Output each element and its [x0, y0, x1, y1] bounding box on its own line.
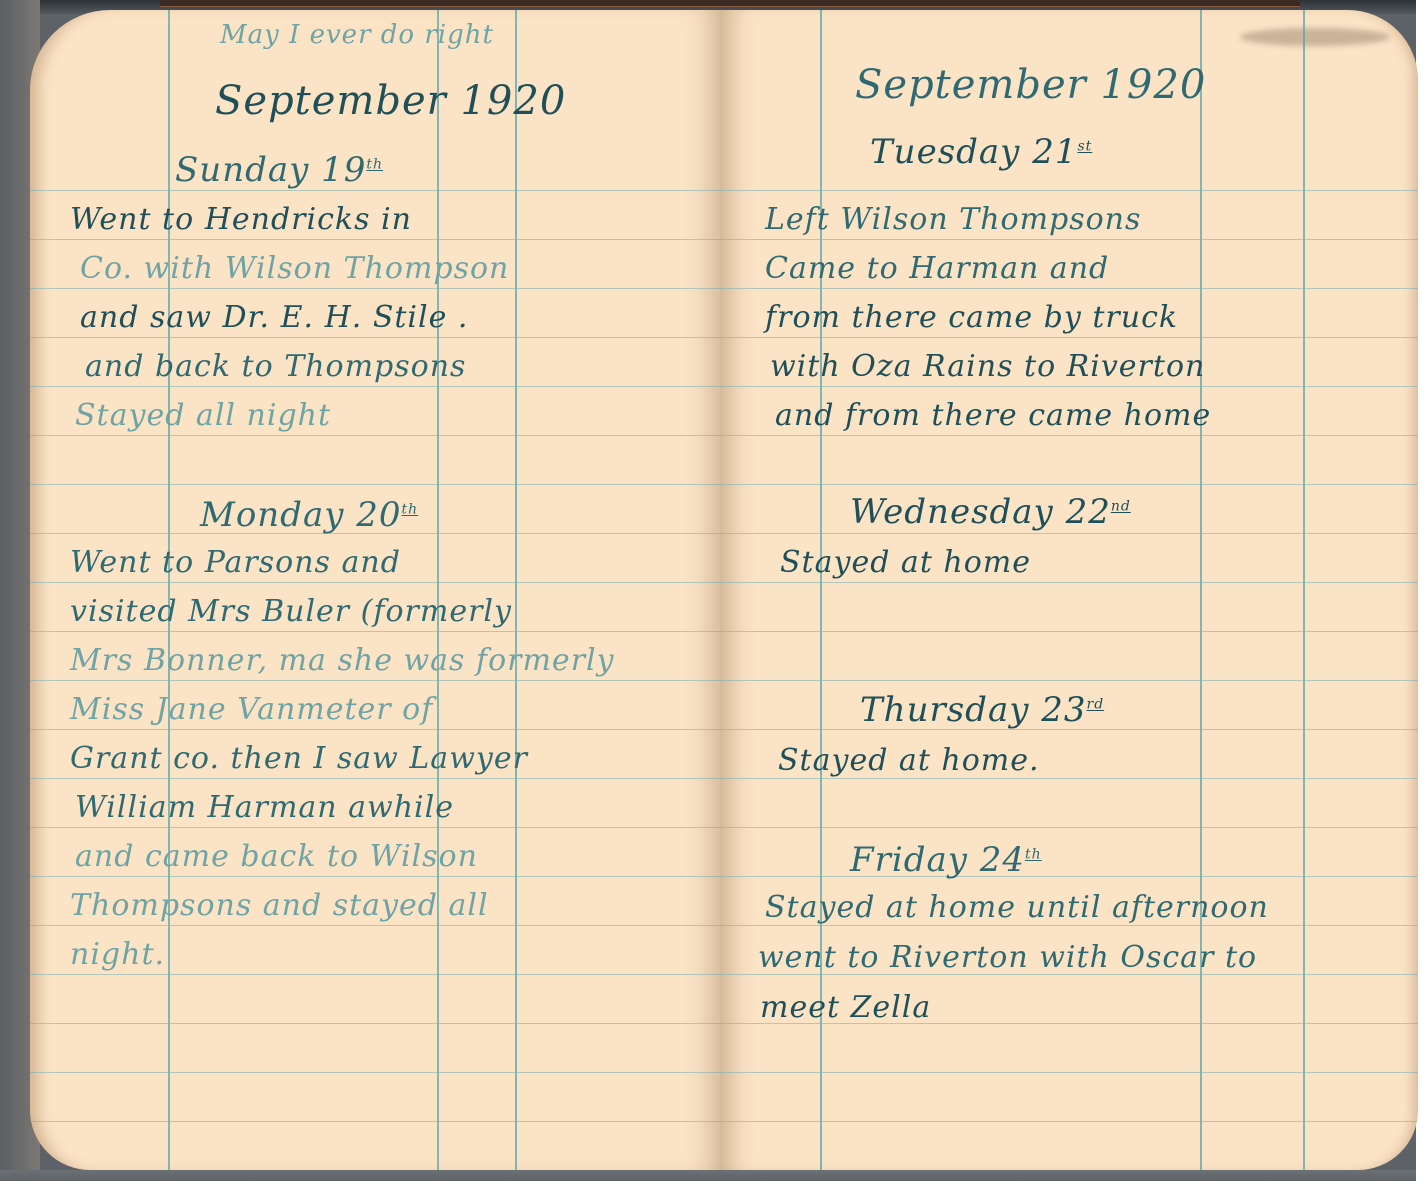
entry-line: and back to Thompsons: [85, 349, 466, 384]
day-date: 24: [980, 840, 1025, 880]
day-date: 23: [1041, 690, 1086, 730]
day-date: 19: [321, 150, 366, 190]
grid-vertical-line: [437, 10, 439, 1170]
entry-line: Went to Parsons and: [70, 545, 401, 580]
day-date: 20: [356, 495, 401, 535]
grid-horizontal-line: [720, 288, 1418, 289]
motto: May I ever do right: [220, 20, 494, 50]
grid-horizontal-line: [720, 778, 1418, 779]
grid-horizontal-line: [720, 337, 1418, 338]
grid-horizontal-line: [30, 239, 725, 240]
entry-line: and came back to Wilson: [75, 839, 478, 874]
grid-horizontal-line: [720, 239, 1418, 240]
grid-horizontal-line: [30, 729, 725, 730]
entry-line: night.: [70, 937, 165, 972]
grid-horizontal-line: [30, 778, 725, 779]
entry-line: Stayed at home.: [778, 743, 1040, 778]
grid-horizontal-line: [720, 827, 1418, 828]
day-name: Tuesday: [870, 132, 1020, 172]
entry-line: Went to Hendricks in: [70, 202, 412, 237]
page-heading: September 1920: [855, 62, 1206, 108]
entry-day-heading: Tuesday 21st: [870, 132, 1092, 172]
grid-horizontal-line: [720, 435, 1418, 436]
grid-horizontal-line: [720, 876, 1418, 877]
day-name: Sunday: [175, 150, 309, 190]
grid-horizontal-line: [720, 190, 1418, 191]
grid-horizontal-line: [720, 533, 1418, 534]
grid-horizontal-line: [30, 435, 725, 436]
entry-day-heading: Sunday 19th: [175, 150, 383, 190]
entry-line: Co. with Wilson Thompson: [80, 251, 509, 286]
entry-day-heading: Friday 24th: [850, 840, 1042, 880]
entry-line: Stayed all night: [75, 398, 331, 433]
right-page: September 1920 Tuesday 21st Left Wilson …: [720, 10, 1418, 1170]
entry-line: Left Wilson Thompsons: [765, 202, 1141, 237]
day-name: Thursday: [860, 690, 1029, 730]
entry-line: and saw Dr. E. H. Stile .: [80, 300, 468, 335]
entry-line: Stayed at home until afternoon: [765, 890, 1269, 925]
grid-horizontal-line: [30, 484, 725, 485]
entry-line: from there came by truck: [765, 300, 1178, 335]
date-suffix: nd: [1111, 499, 1131, 515]
entry-day-heading: Thursday 23rd: [860, 690, 1104, 730]
entry-line: William Harman awhile: [75, 790, 454, 825]
date-suffix: st: [1077, 139, 1092, 155]
grid-vertical-line: [1200, 10, 1202, 1170]
grid-horizontal-line: [30, 1023, 725, 1024]
grid-horizontal-line: [720, 1121, 1418, 1122]
entry-line: and from there came home: [775, 398, 1211, 433]
entry-line: with Oza Rains to Riverton: [770, 349, 1205, 384]
grid-horizontal-line: [720, 582, 1418, 583]
grid-horizontal-line: [720, 386, 1418, 387]
grid-horizontal-line: [30, 190, 725, 191]
grid-horizontal-line: [30, 337, 725, 338]
date-suffix: th: [366, 157, 383, 173]
grid-horizontal-line: [30, 876, 725, 877]
entry-line: Miss Jane Vanmeter of: [70, 692, 433, 727]
entry-day-heading: Wednesday 22nd: [850, 492, 1131, 532]
entry-line: went to Riverton with Oscar to: [758, 940, 1257, 975]
grid-vertical-line: [168, 10, 170, 1170]
entry-line: Grant co. then I saw Lawyer: [70, 741, 528, 776]
entry-day-heading: Monday 20th: [200, 495, 418, 535]
grid-horizontal-line: [30, 1072, 725, 1073]
cover-band: [160, 0, 1300, 7]
entry-line: Thompsons and stayed all: [70, 888, 489, 923]
grid-horizontal-line: [30, 386, 725, 387]
day-name: Friday: [850, 840, 968, 880]
entry-line: visited Mrs Buler (formerly: [70, 594, 512, 629]
grid-horizontal-line: [30, 288, 725, 289]
grid-horizontal-line: [30, 827, 725, 828]
book-cover-bottom-edge: [0, 1170, 1426, 1191]
grid-horizontal-line: [720, 1072, 1418, 1073]
day-date: 21: [1032, 132, 1077, 172]
day-name: Monday: [200, 495, 344, 535]
grid-vertical-line: [1303, 10, 1305, 1170]
entry-line: Stayed at home: [780, 545, 1031, 580]
grid-horizontal-line: [720, 680, 1418, 681]
date-suffix: rd: [1087, 697, 1105, 713]
grid-horizontal-line: [30, 974, 725, 975]
date-suffix: th: [1025, 847, 1042, 863]
day-name: Wednesday: [850, 492, 1054, 532]
page-heading: September 1920: [215, 78, 566, 124]
day-date: 22: [1066, 492, 1111, 532]
entry-line: meet Zella: [760, 990, 931, 1025]
grid-horizontal-line: [30, 925, 725, 926]
entry-line: Came to Harman and: [765, 251, 1109, 286]
entry-line: Mrs Bonner, ma she was formerly: [70, 643, 615, 678]
grid-vertical-line: [515, 10, 517, 1170]
background-margin: [0, 1181, 1426, 1191]
date-suffix: th: [402, 502, 419, 518]
grid-horizontal-line: [30, 680, 725, 681]
grid-horizontal-line: [720, 631, 1418, 632]
grid-horizontal-line: [30, 1121, 725, 1122]
ink-smudge: [1240, 28, 1390, 46]
grid-horizontal-line: [30, 582, 725, 583]
grid-horizontal-line: [720, 925, 1418, 926]
grid-horizontal-line: [30, 631, 725, 632]
left-page: May I ever do right September 1920 Sunda…: [30, 10, 725, 1170]
grid-horizontal-line: [720, 484, 1418, 485]
